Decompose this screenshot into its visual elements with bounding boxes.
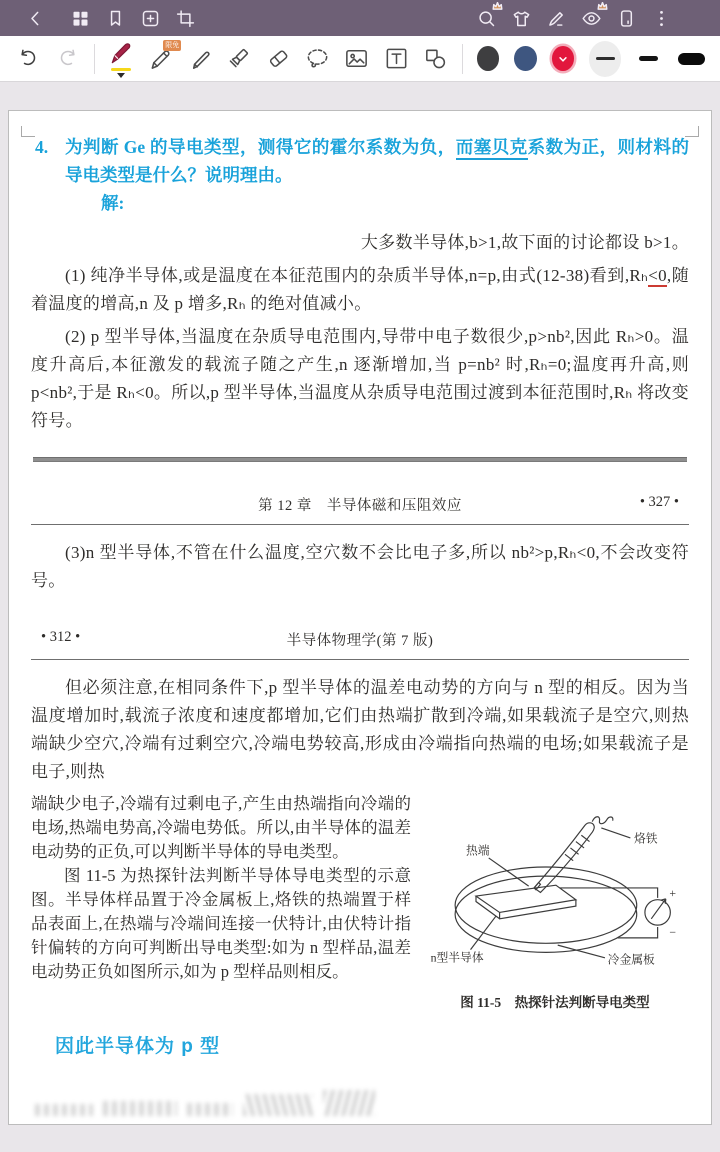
image-icon — [343, 45, 370, 72]
stroke-width-thick[interactable] — [676, 41, 708, 77]
view-mode-button[interactable] — [578, 5, 604, 31]
undo-icon — [15, 45, 42, 72]
templates-button[interactable] — [508, 5, 534, 31]
premium-crown-badge — [597, 2, 608, 10]
book-page-header-312: 半导体物理学(第 7 版) • 312 • — [31, 629, 689, 660]
lasso-tool[interactable] — [301, 39, 333, 79]
question-text-part1: 为判断 Ge 的导电类型，测得它的霍尔系数为负， — [65, 137, 456, 157]
drawing-toolbar: 限免 — [0, 36, 720, 82]
stroke-width-medium[interactable] — [632, 41, 664, 77]
paragraph-1: (1) 纯净半导体,或是温度在本征范围内的杂质半导体,n=p,由式(12-38)… — [31, 262, 689, 318]
iron-cord — [592, 817, 613, 824]
device-panel-icon — [616, 8, 637, 29]
page-number-312: • 312 • — [41, 629, 80, 646]
fountain-pen-tool-selected[interactable] — [105, 39, 137, 79]
thick-stroke-icon — [678, 53, 705, 65]
chapter-title: 第 12 章 半导体磁和压阻效应 — [31, 494, 689, 515]
book-page-header-327: 第 12 章 半导体磁和压阻效应 • 327 • — [31, 494, 689, 525]
ghost-ink-bleedthrough — [35, 1084, 455, 1116]
tshirt-icon — [511, 8, 532, 29]
question-underlined-term: 而塞贝克 — [456, 137, 528, 160]
topbar-right-group — [473, 5, 674, 31]
reader-button[interactable] — [613, 5, 639, 31]
figure-11-5: + − 热端 烙铁 n型半导体 冷金属板 图 11-5 热探针法判断导电类型 — [421, 792, 689, 1011]
text-tool[interactable] — [380, 39, 412, 79]
note-page-canvas[interactable]: 4. 为判断 Ge 的导电类型，测得它的霍尔系数为负，而塞贝克系数为正，则材料的… — [8, 110, 712, 1125]
paragraph-intro-tail: 大多数半导体,b>1,故下面的讨论都设 b>1。 — [31, 229, 689, 257]
ballpoint-pen-tool[interactable] — [183, 39, 215, 79]
ballpoint-pen-icon — [186, 45, 213, 72]
check-chevron-icon — [556, 52, 570, 66]
paragraph-2: (2) p 型半导体,当温度在杂质导电范围内,导带中电子数很少,p>nb²,因此… — [31, 323, 689, 435]
vertical-dots-icon — [651, 8, 672, 29]
plus-label: + — [669, 886, 676, 900]
color-swatch-blue[interactable] — [514, 46, 536, 71]
voltmeter — [645, 900, 670, 925]
toolbar-divider — [94, 44, 95, 74]
plus-square-icon — [140, 8, 161, 29]
figure-caption: 图 11-5 热探针法判断导电类型 — [421, 991, 689, 1011]
more-button[interactable] — [648, 5, 674, 31]
toolbar-divider — [462, 44, 463, 74]
minus-label: − — [669, 925, 676, 939]
shapes-icon — [422, 45, 449, 72]
bookmark-button[interactable] — [102, 5, 128, 31]
search-button[interactable] — [473, 5, 499, 31]
selected-tool-underline — [111, 68, 131, 71]
paragraph-6: 图 11-5 为热探针法判断半导体导电类型的示意图。半导体样品置于冷金属板上,烙… — [31, 864, 411, 984]
highlighter-tool[interactable] — [223, 39, 255, 79]
thin-stroke-icon — [596, 57, 615, 60]
search-icon — [476, 8, 497, 29]
color-swatch-red-selected[interactable] — [552, 46, 574, 71]
tool-options-caret — [117, 73, 125, 78]
fountain-pen-icon — [107, 40, 134, 67]
annotate-button[interactable] — [543, 5, 569, 31]
iron-hatching — [565, 835, 590, 860]
iron-label: 烙铁 — [634, 832, 658, 846]
sample-label: n型半导体 — [431, 950, 484, 964]
eraser-tool[interactable] — [262, 39, 294, 79]
add-page-button[interactable] — [137, 5, 163, 31]
pencil-limited-free-badge: 限免 — [163, 40, 181, 51]
highlighter-icon — [225, 45, 252, 72]
redo-button[interactable] — [51, 39, 83, 79]
red-underline-annotation: <0 — [648, 266, 667, 287]
crop-icon — [175, 8, 196, 29]
solution-label: 解: — [101, 189, 689, 217]
sample-sides — [476, 896, 576, 919]
hot-end-leader — [489, 858, 529, 886]
medium-stroke-icon — [639, 56, 658, 61]
circuit-wires — [560, 888, 658, 938]
question-number: 4. — [35, 133, 48, 161]
eye-icon — [581, 8, 602, 29]
lasso-icon — [304, 45, 331, 72]
undo-button[interactable] — [12, 39, 44, 79]
handwritten-conclusion: 因此半导体为 p 型 — [31, 1031, 689, 1058]
pen-icon — [546, 8, 567, 29]
hot-probe-diagram: + − 热端 烙铁 n型半导体 冷金属板 — [421, 798, 689, 976]
back-button[interactable] — [22, 5, 48, 31]
topbar-left-group — [22, 5, 198, 31]
pencil-tool[interactable]: 限免 — [144, 39, 176, 79]
question-4: 4. 为判断 Ge 的导电类型，测得它的霍尔系数为负，而塞贝克系数为正，则材料的… — [31, 133, 689, 189]
top-navigation-bar — [0, 0, 720, 36]
page-grid-button[interactable] — [67, 5, 93, 31]
clipping-divider — [33, 457, 687, 462]
bookmark-icon — [105, 8, 126, 29]
iron-body — [534, 823, 594, 893]
two-column-section: 端缺少电子,冷端有过剩电子,产生由热端指向冷端的电场,热端电势高,冷端电势低。所… — [31, 792, 689, 1011]
crop-button[interactable] — [172, 5, 198, 31]
paragraph-4: 但必须注意,在相同条件下,p 型半导体的温差电动势的方向与 n 型的相反。因为当… — [31, 674, 689, 786]
chevron-left-icon — [25, 8, 46, 29]
premium-crown-badge — [492, 2, 503, 10]
iron-leader — [601, 828, 630, 838]
redo-icon — [54, 45, 81, 72]
grid-icon — [70, 8, 91, 29]
text-icon — [383, 45, 410, 72]
iron-tip — [534, 882, 540, 889]
left-column-text: 端缺少电子,冷端有过剩电子,产生由热端指向冷端的电场,热端电势高,冷端电势低。所… — [31, 792, 411, 1011]
paragraph-3: (3)n 型半导体,不管在什么温度,空穴数不会比电子多,所以 nb²>p,Rₕ<… — [31, 539, 689, 595]
voltmeter-needle — [651, 899, 666, 919]
hot-end-label: 热端 — [466, 843, 490, 857]
page-number-327: • 327 • — [640, 494, 679, 511]
plate-label: 冷金属板 — [608, 952, 655, 966]
eraser-icon — [265, 45, 292, 72]
color-swatch-dark[interactable] — [477, 46, 499, 71]
shapes-tool[interactable] — [419, 39, 451, 79]
paragraph-1-text: (1) 纯净半导体,或是温度在本征范围内的杂质半导体,n=p,由式(12-38)… — [65, 266, 648, 285]
stroke-width-thin-selected[interactable] — [589, 41, 621, 77]
book-title: 半导体物理学(第 7 版) — [31, 629, 689, 650]
insert-image-tool[interactable] — [341, 39, 373, 79]
paragraph-5: 端缺少电子,冷端有过剩电子,产生由热端指向冷端的电场,热端电势高,冷端电势低。所… — [31, 792, 411, 864]
